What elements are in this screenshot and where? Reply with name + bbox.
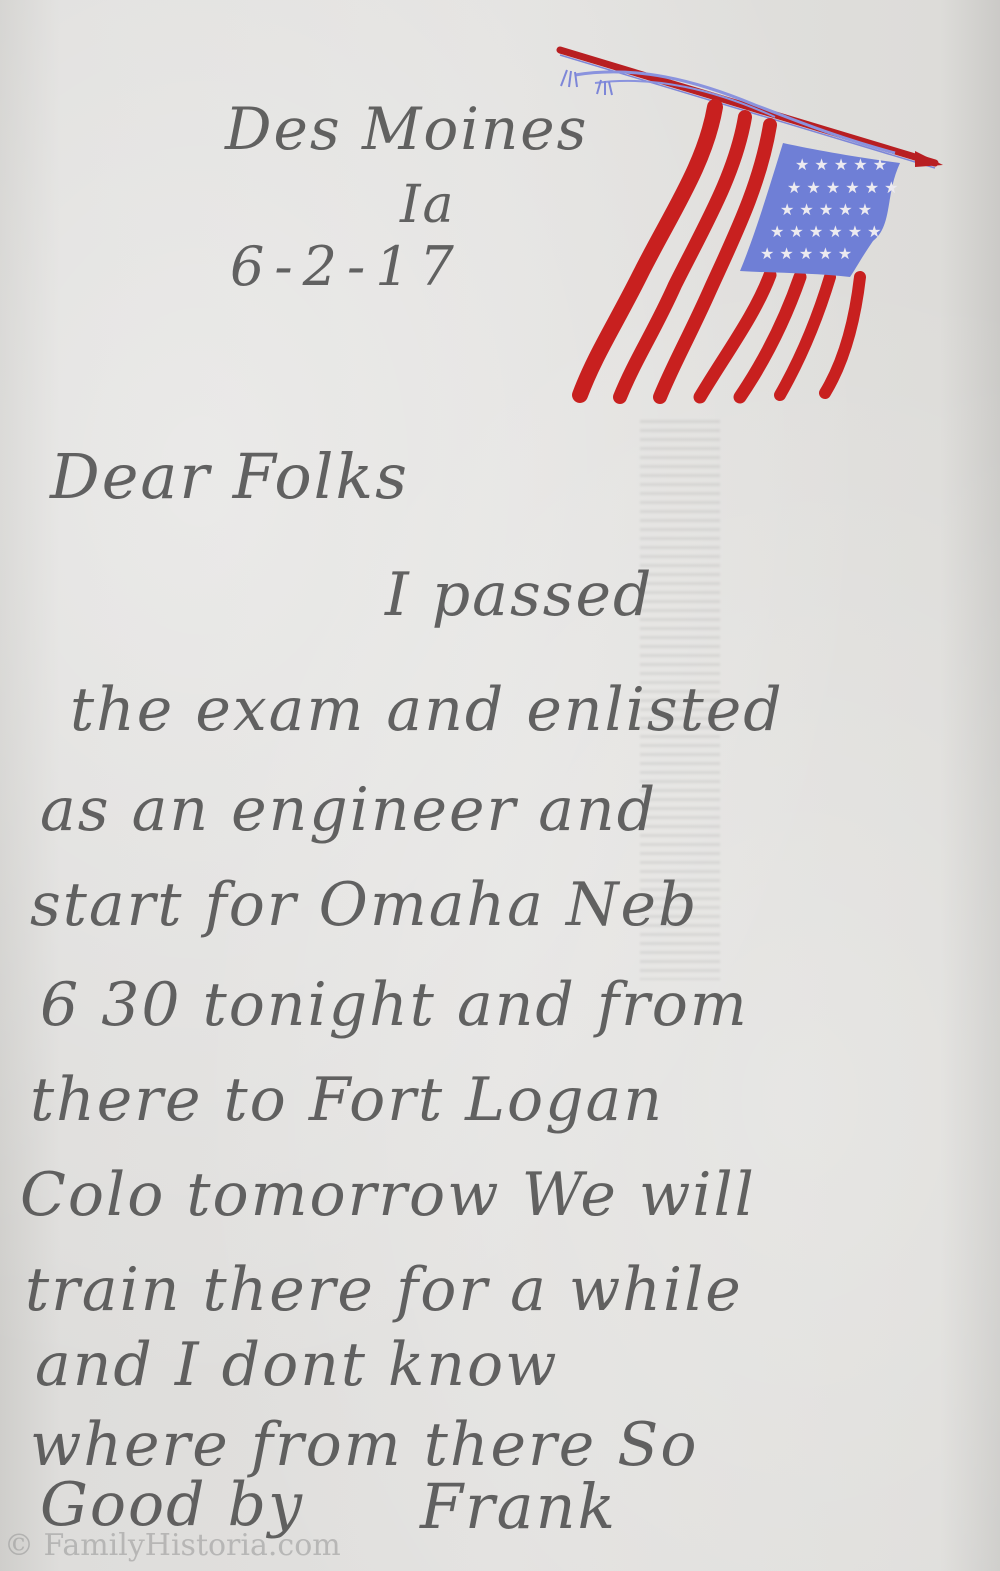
body-line: start for Omaha Neb [30, 870, 698, 940]
letter-date: 6-2-17 [230, 235, 464, 298]
body-line: I passed [385, 560, 653, 630]
letter-page: Des Moines Ia 6-2-17 ★ ★ ★ ★ ★ ★ ★ ★ ★ ★… [0, 0, 1000, 1571]
body-line: 6 30 tonight and from [40, 970, 749, 1040]
svg-text:★ ★ ★ ★ ★ ★: ★ ★ ★ ★ ★ ★ [770, 222, 882, 241]
body-line: train there for a while [25, 1255, 743, 1325]
svg-text:★ ★ ★ ★ ★ ★: ★ ★ ★ ★ ★ ★ [787, 178, 899, 197]
place-line-state: Ia [400, 175, 456, 235]
svg-text:★ ★ ★ ★ ★: ★ ★ ★ ★ ★ [795, 155, 887, 174]
salutation: Dear Folks [50, 440, 409, 513]
body-line: as an engineer and [40, 775, 657, 845]
body-line: Colo tomorrow We will [20, 1160, 756, 1230]
svg-text:★ ★ ★ ★ ★: ★ ★ ★ ★ ★ [780, 200, 872, 219]
american-flag-icon: ★ ★ ★ ★ ★ ★ ★ ★ ★ ★ ★ ★ ★ ★ ★ ★ ★ ★ ★ ★ … [555, 45, 945, 405]
signature: Frank [420, 1470, 617, 1543]
body-line: there to Fort Logan [30, 1065, 664, 1135]
place-line-city: Des Moines [225, 95, 588, 163]
copyright-watermark: © FamilyHistoria.com [4, 1528, 341, 1563]
body-line: and I dont know [35, 1330, 559, 1400]
body-line: the exam and enlisted [70, 675, 784, 745]
svg-text:★ ★ ★ ★ ★: ★ ★ ★ ★ ★ [760, 244, 852, 263]
